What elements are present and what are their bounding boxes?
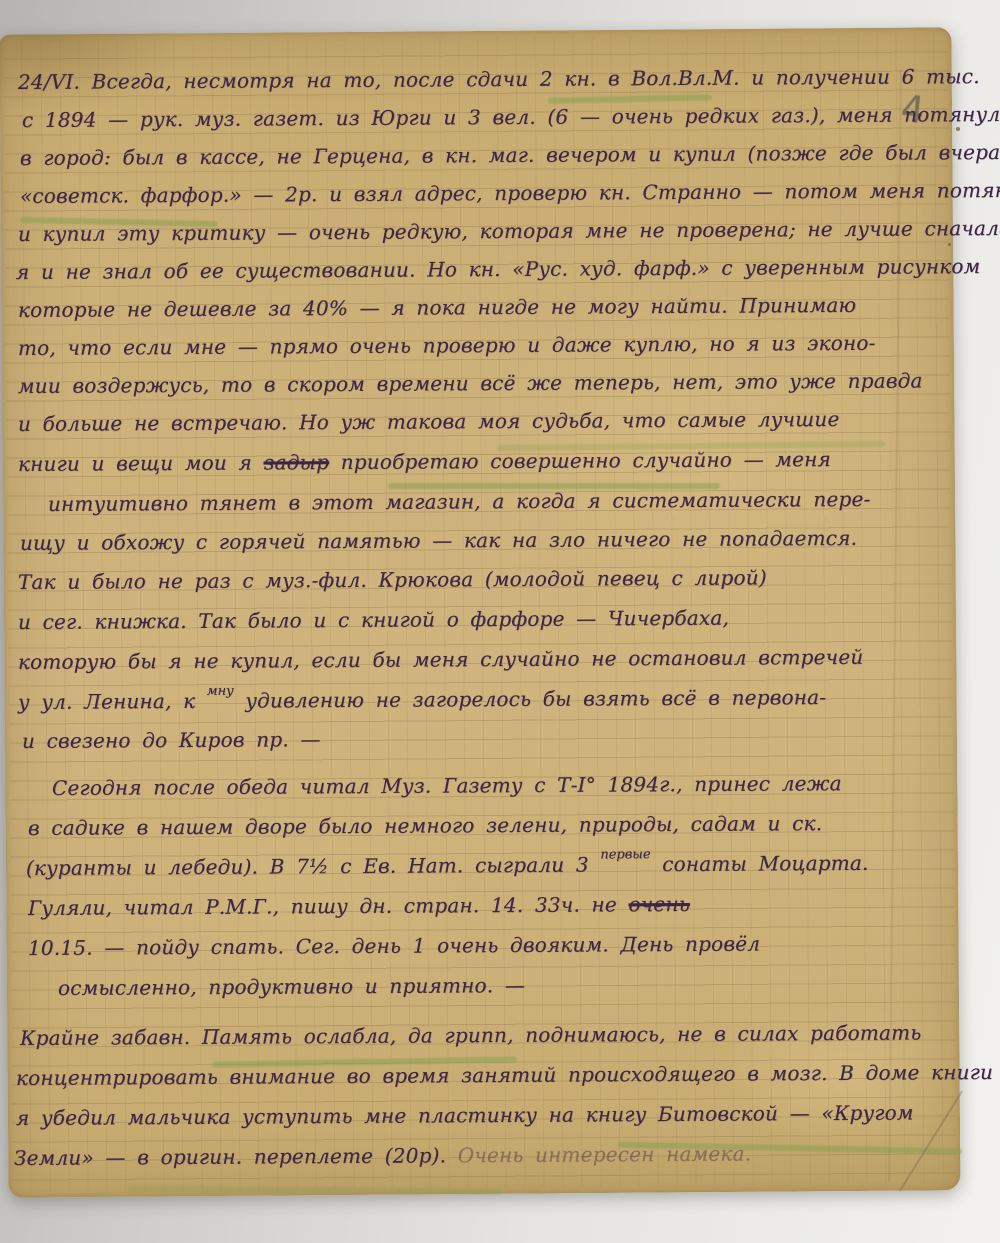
handwritten-line: и свезено до Киров пр. — — [22, 727, 321, 753]
line-text: у ул. Ленина, к — [18, 689, 207, 714]
photo-backdrop: 4 24/VI. Всегда, несмотря на то, после с… — [0, 0, 1000, 1243]
line-text: приобретаю совершенно случайно — меня — [329, 447, 831, 474]
handwritten-line: которую бы я не купил, если бы меня случ… — [18, 645, 864, 674]
handwritten-line: с 1894 — рук. муз. газет. из Юрги и 3 ве… — [22, 102, 1000, 132]
line-text: книги и вещи мои я — [18, 451, 264, 476]
handwritten-line: 24/VI. Всегда, несмотря на то, после сда… — [18, 64, 980, 94]
handwritten-line: концентрировать внимание во время заняти… — [16, 1060, 993, 1090]
line-text: (куранты и лебеди). В 7½ с Ев. Нат. сыгр… — [26, 852, 601, 880]
handwritten-line: Так и было не раз с муз.-фил. Крюкова (м… — [18, 565, 767, 594]
green-underline — [128, 1185, 503, 1194]
line-text: удивлению не загорелось бы взять всё в п… — [234, 685, 827, 713]
page-content: 4 24/VI. Всегда, несмотря на то, после с… — [0, 0, 1000, 1243]
handwritten-line: я и не знал об ее существовании. Но кн. … — [16, 254, 981, 284]
handwritten-line: Гуляли, читал Р.М.Г., пишу дн. стран. 14… — [28, 892, 690, 920]
handwritten-line: мии воздержусь, то в скором времени всё … — [18, 368, 923, 398]
ink-speck — [948, 243, 951, 246]
handwritten-line: Земли» — в оригин. переплете (20р). Очен… — [14, 1141, 751, 1170]
green-underline — [548, 94, 712, 103]
handwritten-line: Сегодня после обеда читал Муз. Газету с … — [52, 771, 842, 800]
inserted-word: первые — [600, 847, 650, 862]
handwritten-line: ищу и обхожу с горячей памятью — как на … — [20, 526, 857, 555]
line-text: сонаты Моцарта. — [651, 851, 869, 876]
handwritten-line: и сег. книжка. Так было и с книгой о фар… — [18, 606, 729, 634]
handwritten-line: книги и вещи мои я задыр приобретаю сове… — [18, 447, 831, 476]
faded-line-text: Очень интересен намека. — [446, 1141, 751, 1167]
handwritten-line: осмысленно, продуктивно и приятно. — — [58, 973, 525, 1000]
line-text: Земли» — в оригин. переплете (20р). — [14, 1143, 446, 1170]
handwritten-line: в садике в нашем дворе было немного зеле… — [28, 811, 822, 840]
handwritten-line: я убедил мальчика уступить мне пластинку… — [16, 1101, 914, 1130]
handwritten-line: интуитивно тянет в этот магазин, а когда… — [48, 487, 871, 516]
handwritten-line: и больше не встречаю. Но уж такова моя с… — [18, 407, 840, 436]
handwritten-line: в город: был в кассе, не Герцена, в кн. … — [20, 140, 1000, 170]
handwritten-line: «советск. фарфор.» — 2р. и взял адрес, п… — [20, 178, 1000, 208]
inserted-word: мну — [207, 684, 234, 699]
struck-word: очень — [628, 892, 690, 916]
line-text: Гуляли, читал Р.М.Г., пишу дн. стран. 14… — [28, 892, 629, 920]
handwritten-line: то, что если мне — прямо очень проверю и… — [18, 331, 876, 360]
ink-speck — [956, 127, 960, 131]
handwritten-line: у ул. Ленина, к мну удивлению не загорел… — [18, 685, 826, 714]
handwritten-line: и купил эту критику — очень редкую, кото… — [18, 216, 1000, 246]
handwritten-line: (куранты и лебеди). В 7½ с Ев. Нат. сыгр… — [26, 851, 869, 880]
handwritten-line: которые не дешевле за 40% — я пока нигде… — [18, 293, 856, 322]
handwritten-line: 10.15. — пойду спать. Сег. день 1 очень … — [28, 932, 760, 960]
struck-word: задыр — [263, 450, 329, 474]
handwritten-line: Крайне забавн. Память ослабла, да грипп,… — [20, 1020, 922, 1050]
